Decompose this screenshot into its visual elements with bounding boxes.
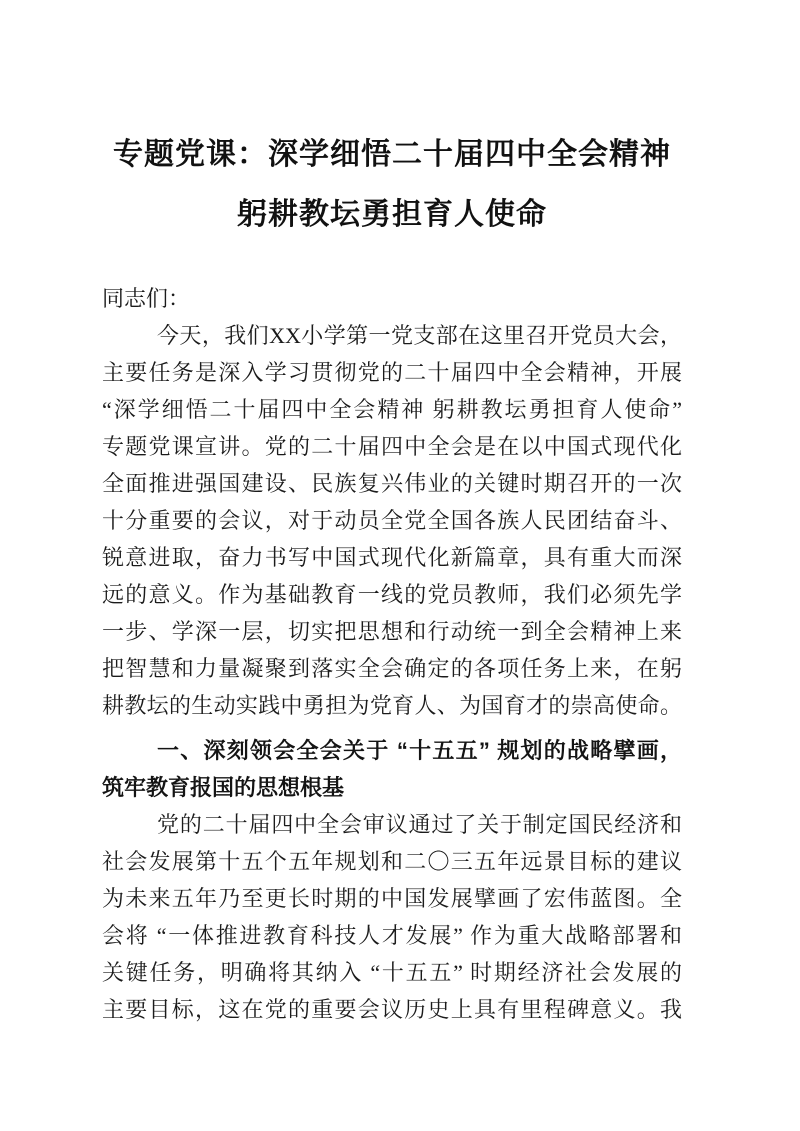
body-line: 锐意进取，奋力书写中国式现代化新篇章，具有重大而深 xyxy=(102,539,682,576)
body-line: 今天，我们XX小学第一党支部在这里召开党员大会， xyxy=(102,317,682,354)
salutation-line: 同志们： xyxy=(102,280,682,317)
body-line: 关键任务，明确将其纳入 “十五五” 时期经济社会发展的 xyxy=(102,954,682,991)
document-body: 同志们： 今天，我们XX小学第一党支部在这里召开党员大会， 主要任务是深入学习贯… xyxy=(102,280,682,1028)
heading-line: 筑牢教育报国的思想根基 xyxy=(102,769,682,806)
body-line: 一步、学深一层，切实把思想和行动统一到全会精神上来 xyxy=(102,613,682,650)
body-line: 党的二十届四中全会审议通过了关于制定国民经济和 xyxy=(102,806,682,843)
title-line-2: 躬耕教坛勇担育人使命 xyxy=(102,185,682,245)
title-line-1: 专题党课：深学细悟二十届四中全会精神 xyxy=(102,125,682,185)
salutation: 同志们： xyxy=(102,280,682,317)
document-page: 专题党课：深学细悟二十届四中全会精神 躬耕教坛勇担育人使命 同志们： 今天，我们… xyxy=(0,0,800,1131)
document-title: 专题党课：深学细悟二十届四中全会精神 躬耕教坛勇担育人使命 xyxy=(102,125,682,245)
body-line: 把智慧和力量凝聚到落实全会确定的各项任务上来，在躬 xyxy=(102,650,682,687)
heading-line: 一、深刻领会全会关于 “十五五” 规划的战略擘画， xyxy=(102,732,682,769)
body-line: 为未来五年乃至更长时期的中国发展擘画了宏伟蓝图。全 xyxy=(102,880,682,917)
section-heading-1: 一、深刻领会全会关于 “十五五” 规划的战略擘画， 筑牢教育报国的思想根基 xyxy=(102,732,682,806)
paragraph-intro: 今天，我们XX小学第一党支部在这里召开党员大会， 主要任务是深入学习贯彻党的二十… xyxy=(102,317,682,724)
body-line: 主要任务是深入学习贯彻党的二十届四中全会精神，开展 xyxy=(102,354,682,391)
paragraph-section-1: 党的二十届四中全会审议通过了关于制定国民经济和 社会发展第十五个五年规划和二〇三… xyxy=(102,806,682,1028)
body-line: “深学细悟二十届四中全会精神 躬耕教坛勇担育人使命” xyxy=(102,391,682,428)
body-line: 远的意义。作为基础教育一线的党员教师，我们必须先学 xyxy=(102,576,682,613)
body-line: 全面推进强国建设、民族复兴伟业的关键时期召开的一次 xyxy=(102,465,682,502)
body-line: 社会发展第十五个五年规划和二〇三五年远景目标的建议 xyxy=(102,843,682,880)
body-line: 十分重要的会议，对于动员全党全国各族人民团结奋斗、 xyxy=(102,502,682,539)
body-line: 主要目标，这在党的重要会议历史上具有里程碑意义。我 xyxy=(102,991,682,1028)
body-line: 专题党课宣讲。党的二十届四中全会是在以中国式现代化 xyxy=(102,428,682,465)
body-line: 耕教坛的生动实践中勇担为党育人、为国育才的崇高使命。 xyxy=(102,687,682,724)
body-line: 会将 “一体推进教育科技人才发展” 作为重大战略部署和 xyxy=(102,917,682,954)
